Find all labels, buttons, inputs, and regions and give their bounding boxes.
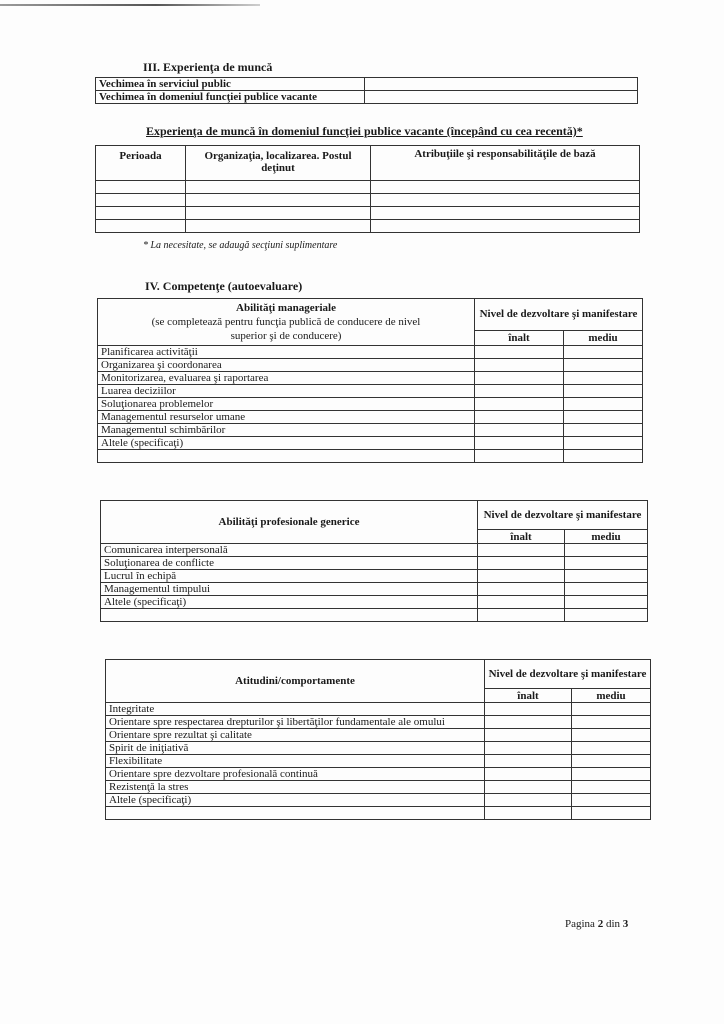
level-medium-cell[interactable] — [572, 716, 651, 729]
level-high-cell[interactable] — [478, 544, 565, 557]
section-4-title: IV. Competenţe (autoevaluare) — [145, 279, 302, 294]
level-medium-cell[interactable] — [572, 703, 651, 716]
level-high-header: înalt — [475, 330, 564, 345]
experience-row — [96, 220, 640, 233]
competence-label: Monitorizarea, evaluarea şi raportarea — [98, 372, 475, 385]
competence-row: Lucrul în echipă — [101, 570, 648, 583]
level-medium-cell[interactable] — [572, 794, 651, 807]
level-medium-cell[interactable] — [564, 385, 643, 398]
competence-row: Managementul resurselor umane — [98, 411, 643, 424]
duties-field[interactable] — [371, 194, 640, 207]
level-high-cell[interactable] — [478, 583, 565, 596]
seniority-label: Vechimea în domeniul funcţiei publice va… — [96, 91, 365, 104]
period-field[interactable] — [96, 207, 186, 220]
attitudes-header-row: Atitudini/comportamente Nivel de dezvolt… — [106, 660, 651, 689]
duties-field[interactable] — [371, 181, 640, 194]
level-high-cell[interactable] — [475, 346, 564, 359]
page-middle: din — [603, 918, 623, 930]
level-high-cell[interactable] — [475, 385, 564, 398]
level-medium-cell[interactable] — [572, 742, 651, 755]
attitudes-body: IntegritateOrientare spre respectarea dr… — [106, 703, 651, 820]
competence-row — [101, 609, 648, 622]
level-medium-cell[interactable] — [564, 450, 643, 463]
level-high-cell[interactable] — [485, 781, 572, 794]
managerial-subtitle: (se completează pentru funcţia publică d… — [101, 315, 471, 343]
competence-label: Lucrul în echipă — [101, 570, 478, 583]
level-high-cell[interactable] — [478, 570, 565, 583]
competence-row: Monitorizarea, evaluarea şi raportarea — [98, 372, 643, 385]
level-medium-cell[interactable] — [565, 570, 648, 583]
competence-label: Integritate — [106, 703, 485, 716]
managerial-title: Abilităţi manageriale — [101, 301, 471, 315]
competence-row: Altele (specificaţi) — [101, 596, 648, 609]
level-medium-cell[interactable] — [564, 437, 643, 450]
managerial-body: Planificarea activităţiiOrganizarea şi c… — [98, 346, 643, 463]
competence-label: Organizarea şi coordonarea — [98, 359, 475, 372]
level-high-cell[interactable] — [485, 716, 572, 729]
level-high-header: înalt — [485, 689, 572, 703]
level-header: Nivel de dezvoltare şi manifestare — [475, 299, 643, 331]
competence-row — [106, 807, 651, 820]
competence-label: Planificarea activităţii — [98, 346, 475, 359]
competence-row: Soluţionarea problemelor — [98, 398, 643, 411]
level-medium-cell[interactable] — [572, 729, 651, 742]
level-high-cell[interactable] — [478, 609, 565, 622]
header-duties: Atribuţiile şi responsabilităţile de baz… — [371, 146, 640, 181]
attitudes-table: Atitudini/comportamente Nivel de dezvolt… — [105, 659, 651, 820]
page-total: 3 — [623, 918, 629, 930]
competence-label: Orientare spre dezvoltare profesională c… — [106, 768, 485, 781]
competence-label: Managementul resurselor umane — [98, 411, 475, 424]
scan-edge — [0, 4, 260, 6]
competence-row: Altele (specificaţi) — [106, 794, 651, 807]
organization-field[interactable] — [186, 207, 371, 220]
organization-field[interactable] — [186, 181, 371, 194]
competence-label: Managementul timpului — [101, 583, 478, 596]
page-footer: Pagina 2 din 3 — [565, 918, 628, 930]
level-medium-cell[interactable] — [572, 755, 651, 768]
seniority-value-field[interactable] — [365, 91, 638, 104]
competence-label: Soluţionarea de conflicte — [101, 557, 478, 570]
competence-label — [106, 807, 485, 820]
professional-title: Abilităţi profesionale generice — [101, 501, 478, 544]
level-medium-cell[interactable] — [565, 596, 648, 609]
level-high-cell[interactable] — [478, 596, 565, 609]
managerial-header: Abilităţi manageriale (se completează pe… — [98, 299, 475, 346]
level-medium-cell[interactable] — [564, 359, 643, 372]
managerial-header-row: Abilităţi manageriale (se completează pe… — [98, 299, 643, 331]
competence-row: Orientare spre dezvoltare profesională c… — [106, 768, 651, 781]
level-medium-cell[interactable] — [572, 807, 651, 820]
level-high-cell[interactable] — [475, 359, 564, 372]
experience-row — [96, 194, 640, 207]
professional-body: Comunicarea interpersonalăSoluţionarea d… — [101, 544, 648, 622]
organization-field[interactable] — [186, 220, 371, 233]
experience-table: Perioada Organizaţia, localizarea. Postu… — [95, 145, 640, 233]
competence-row: Soluţionarea de conflicte — [101, 557, 648, 570]
managerial-skills-table: Abilităţi manageriale (se completează pe… — [97, 298, 643, 463]
professional-header-row: Abilităţi profesionale generice Nivel de… — [101, 501, 648, 530]
experience-row — [96, 181, 640, 194]
period-field[interactable] — [96, 181, 186, 194]
competence-row: Comunicarea interpersonală — [101, 544, 648, 557]
level-high-header: înalt — [478, 530, 565, 544]
level-medium-cell[interactable] — [565, 544, 648, 557]
section-3-title: III. Experienţa de muncă — [143, 60, 272, 75]
header-period: Perioada — [96, 146, 186, 181]
competence-row: Managementul schimbărilor — [98, 424, 643, 437]
attitudes-title: Atitudini/comportamente — [106, 660, 485, 703]
competence-row: Integritate — [106, 703, 651, 716]
competence-label: Altele (specificaţi) — [101, 596, 478, 609]
level-high-cell[interactable] — [475, 372, 564, 385]
professional-skills-table: Abilităţi profesionale generice Nivel de… — [100, 500, 648, 622]
level-high-cell[interactable] — [485, 768, 572, 781]
competence-row: Spirit de iniţiativă — [106, 742, 651, 755]
seniority-label: Vechimea în serviciul public — [96, 78, 365, 91]
level-medium-header: mediu — [565, 530, 648, 544]
level-high-cell[interactable] — [475, 450, 564, 463]
competence-label: Altele (specificaţi) — [98, 437, 475, 450]
competence-row: Planificarea activităţii — [98, 346, 643, 359]
seniority-table: Vechimea în serviciul public Vechimea în… — [95, 77, 638, 104]
level-high-cell[interactable] — [475, 398, 564, 411]
competence-label: Flexibilitate — [106, 755, 485, 768]
level-high-cell[interactable] — [485, 755, 572, 768]
level-medium-cell[interactable] — [564, 346, 643, 359]
competence-label: Orientare spre respectarea drepturilor ş… — [106, 716, 485, 729]
level-medium-cell[interactable] — [565, 583, 648, 596]
level-high-cell[interactable] — [485, 807, 572, 820]
competence-row — [98, 450, 643, 463]
level-high-cell[interactable] — [478, 557, 565, 570]
competence-label — [101, 609, 478, 622]
level-medium-header: mediu — [572, 689, 651, 703]
level-high-cell[interactable] — [485, 729, 572, 742]
competence-label: Spirit de iniţiativă — [106, 742, 485, 755]
competence-label: Luarea deciziilor — [98, 385, 475, 398]
level-medium-cell[interactable] — [572, 781, 651, 794]
level-high-cell[interactable] — [485, 742, 572, 755]
period-field[interactable] — [96, 194, 186, 207]
competence-label: Rezistenţă la stres — [106, 781, 485, 794]
competence-label: Managementul schimbărilor — [98, 424, 475, 437]
level-header: Nivel de dezvoltare şi manifestare — [485, 660, 651, 689]
level-high-cell[interactable] — [485, 794, 572, 807]
seniority-row: Vechimea în domeniul funcţiei publice va… — [96, 91, 638, 104]
duties-field[interactable] — [371, 220, 640, 233]
competence-label: Soluţionarea problemelor — [98, 398, 475, 411]
period-field[interactable] — [96, 220, 186, 233]
competence-label: Altele (specificaţi) — [106, 794, 485, 807]
competence-row: Luarea deciziilor — [98, 385, 643, 398]
level-medium-cell[interactable] — [572, 768, 651, 781]
competence-row: Managementul timpului — [101, 583, 648, 596]
experience-note: * La necesitate, se adaugă secţiuni supl… — [143, 240, 337, 251]
level-medium-cell[interactable] — [564, 424, 643, 437]
experience-subtitle: Experienţa de muncă în domeniul funcţiei… — [146, 124, 583, 139]
page-prefix: Pagina — [565, 918, 598, 930]
level-medium-cell[interactable] — [564, 411, 643, 424]
level-high-cell[interactable] — [485, 703, 572, 716]
competence-label — [98, 450, 475, 463]
experience-header-row: Perioada Organizaţia, localizarea. Postu… — [96, 146, 640, 181]
seniority-value-field[interactable] — [365, 78, 638, 91]
duties-field[interactable] — [371, 207, 640, 220]
level-medium-header: mediu — [564, 330, 643, 345]
level-medium-cell[interactable] — [565, 557, 648, 570]
competence-row: Rezistenţă la stres — [106, 781, 651, 794]
competence-row: Organizarea şi coordonarea — [98, 359, 643, 372]
competence-row: Altele (specificaţi) — [98, 437, 643, 450]
competence-row: Flexibilitate — [106, 755, 651, 768]
level-medium-cell[interactable] — [564, 372, 643, 385]
seniority-row: Vechimea în serviciul public — [96, 78, 638, 91]
competence-row: Orientare spre respectarea drepturilor ş… — [106, 716, 651, 729]
experience-row — [96, 207, 640, 220]
header-organization: Organizaţia, localizarea. Postul deţinut — [186, 146, 371, 181]
level-high-cell[interactable] — [475, 424, 564, 437]
level-high-cell[interactable] — [475, 411, 564, 424]
level-medium-cell[interactable] — [564, 398, 643, 411]
level-high-cell[interactable] — [475, 437, 564, 450]
level-header: Nivel de dezvoltare şi manifestare — [478, 501, 648, 530]
competence-label: Comunicarea interpersonală — [101, 544, 478, 557]
level-medium-cell[interactable] — [565, 609, 648, 622]
competence-label: Orientare spre rezultat şi calitate — [106, 729, 485, 742]
competence-row: Orientare spre rezultat şi calitate — [106, 729, 651, 742]
organization-field[interactable] — [186, 194, 371, 207]
